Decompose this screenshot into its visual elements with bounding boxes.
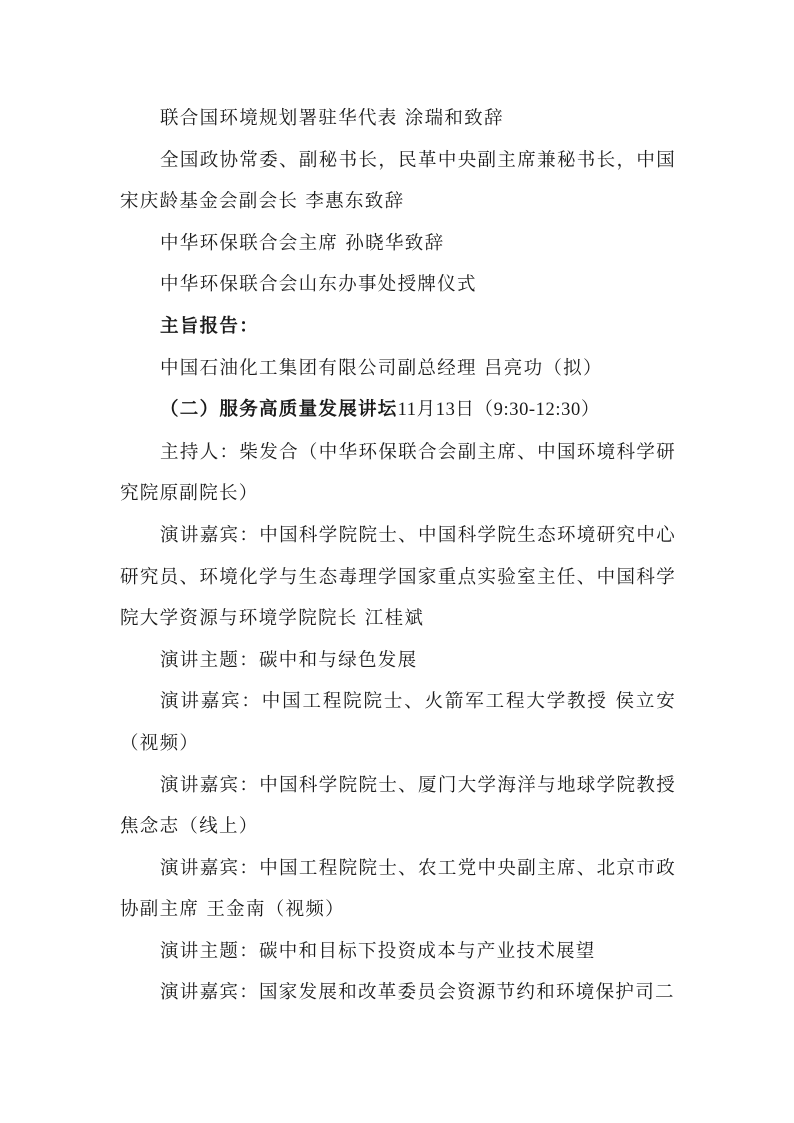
forum-host: 主持人：柴发合（中华环保联合会副主席、中国环境科学研究院原副院长） <box>120 432 676 515</box>
speech-acef-chairman: 中华环保联合会主席 孙晓华致辞 <box>120 223 676 265</box>
shandong-office-ceremony: 中华环保联合会山东办事处授牌仪式 <box>120 264 676 306</box>
forum-speaker-hou-lian: 演讲嘉宾：中国工程院院士、火箭军工程大学教授 侯立安（视频） <box>120 681 676 764</box>
section-two-schedule: 11月13日（9:30-12:30） <box>398 400 600 420</box>
forum-speaker-wang-jinnan: 演讲嘉宾：中国工程院院士、农工党中央副主席、北京市政协副主席 王金南（视频） <box>120 848 676 931</box>
document-page: 联合国环境规划署驻华代表 涂瑞和致辞 全国政协常委、副秘书长，民革中央副主席兼秘… <box>120 98 676 1014</box>
keynote-speaker: 中国石油化工集团有限公司副总经理 吕亮功（拟） <box>120 348 676 390</box>
forum-topic-carbon-neutral-green: 演讲主题：碳中和与绿色发展 <box>120 640 676 682</box>
keynote-report-heading: 主旨报告： <box>120 306 676 348</box>
forum-speaker-jiang-guibin: 演讲嘉宾：中国科学院院士、中国科学院生态环境研究中心研究员、环境化学与生态毒理学… <box>120 515 676 640</box>
forum-speaker-ndrc: 演讲嘉宾：国家发展和改革委员会资源节约和环境保护司二 <box>120 972 676 1014</box>
speech-cppcc-vice-secretary: 全国政协常委、副秘书长，民革中央副主席兼秘书长，中国宋庆龄基金会副会长 李惠东致… <box>120 140 676 223</box>
section-two-heading: （二）服务高质量发展讲坛11月13日（9:30-12:30） <box>120 389 676 432</box>
forum-topic-investment-cost: 演讲主题：碳中和目标下投资成本与产业技术展望 <box>120 931 676 973</box>
speech-unep-representative: 联合国环境规划署驻华代表 涂瑞和致辞 <box>120 98 676 140</box>
section-two-title: （二）服务高质量发展讲坛 <box>160 399 398 420</box>
forum-speaker-jiao-nianzhi: 演讲嘉宾：中国科学院院士、厦门大学海洋与地球学院教授焦念志（线上） <box>120 765 676 848</box>
